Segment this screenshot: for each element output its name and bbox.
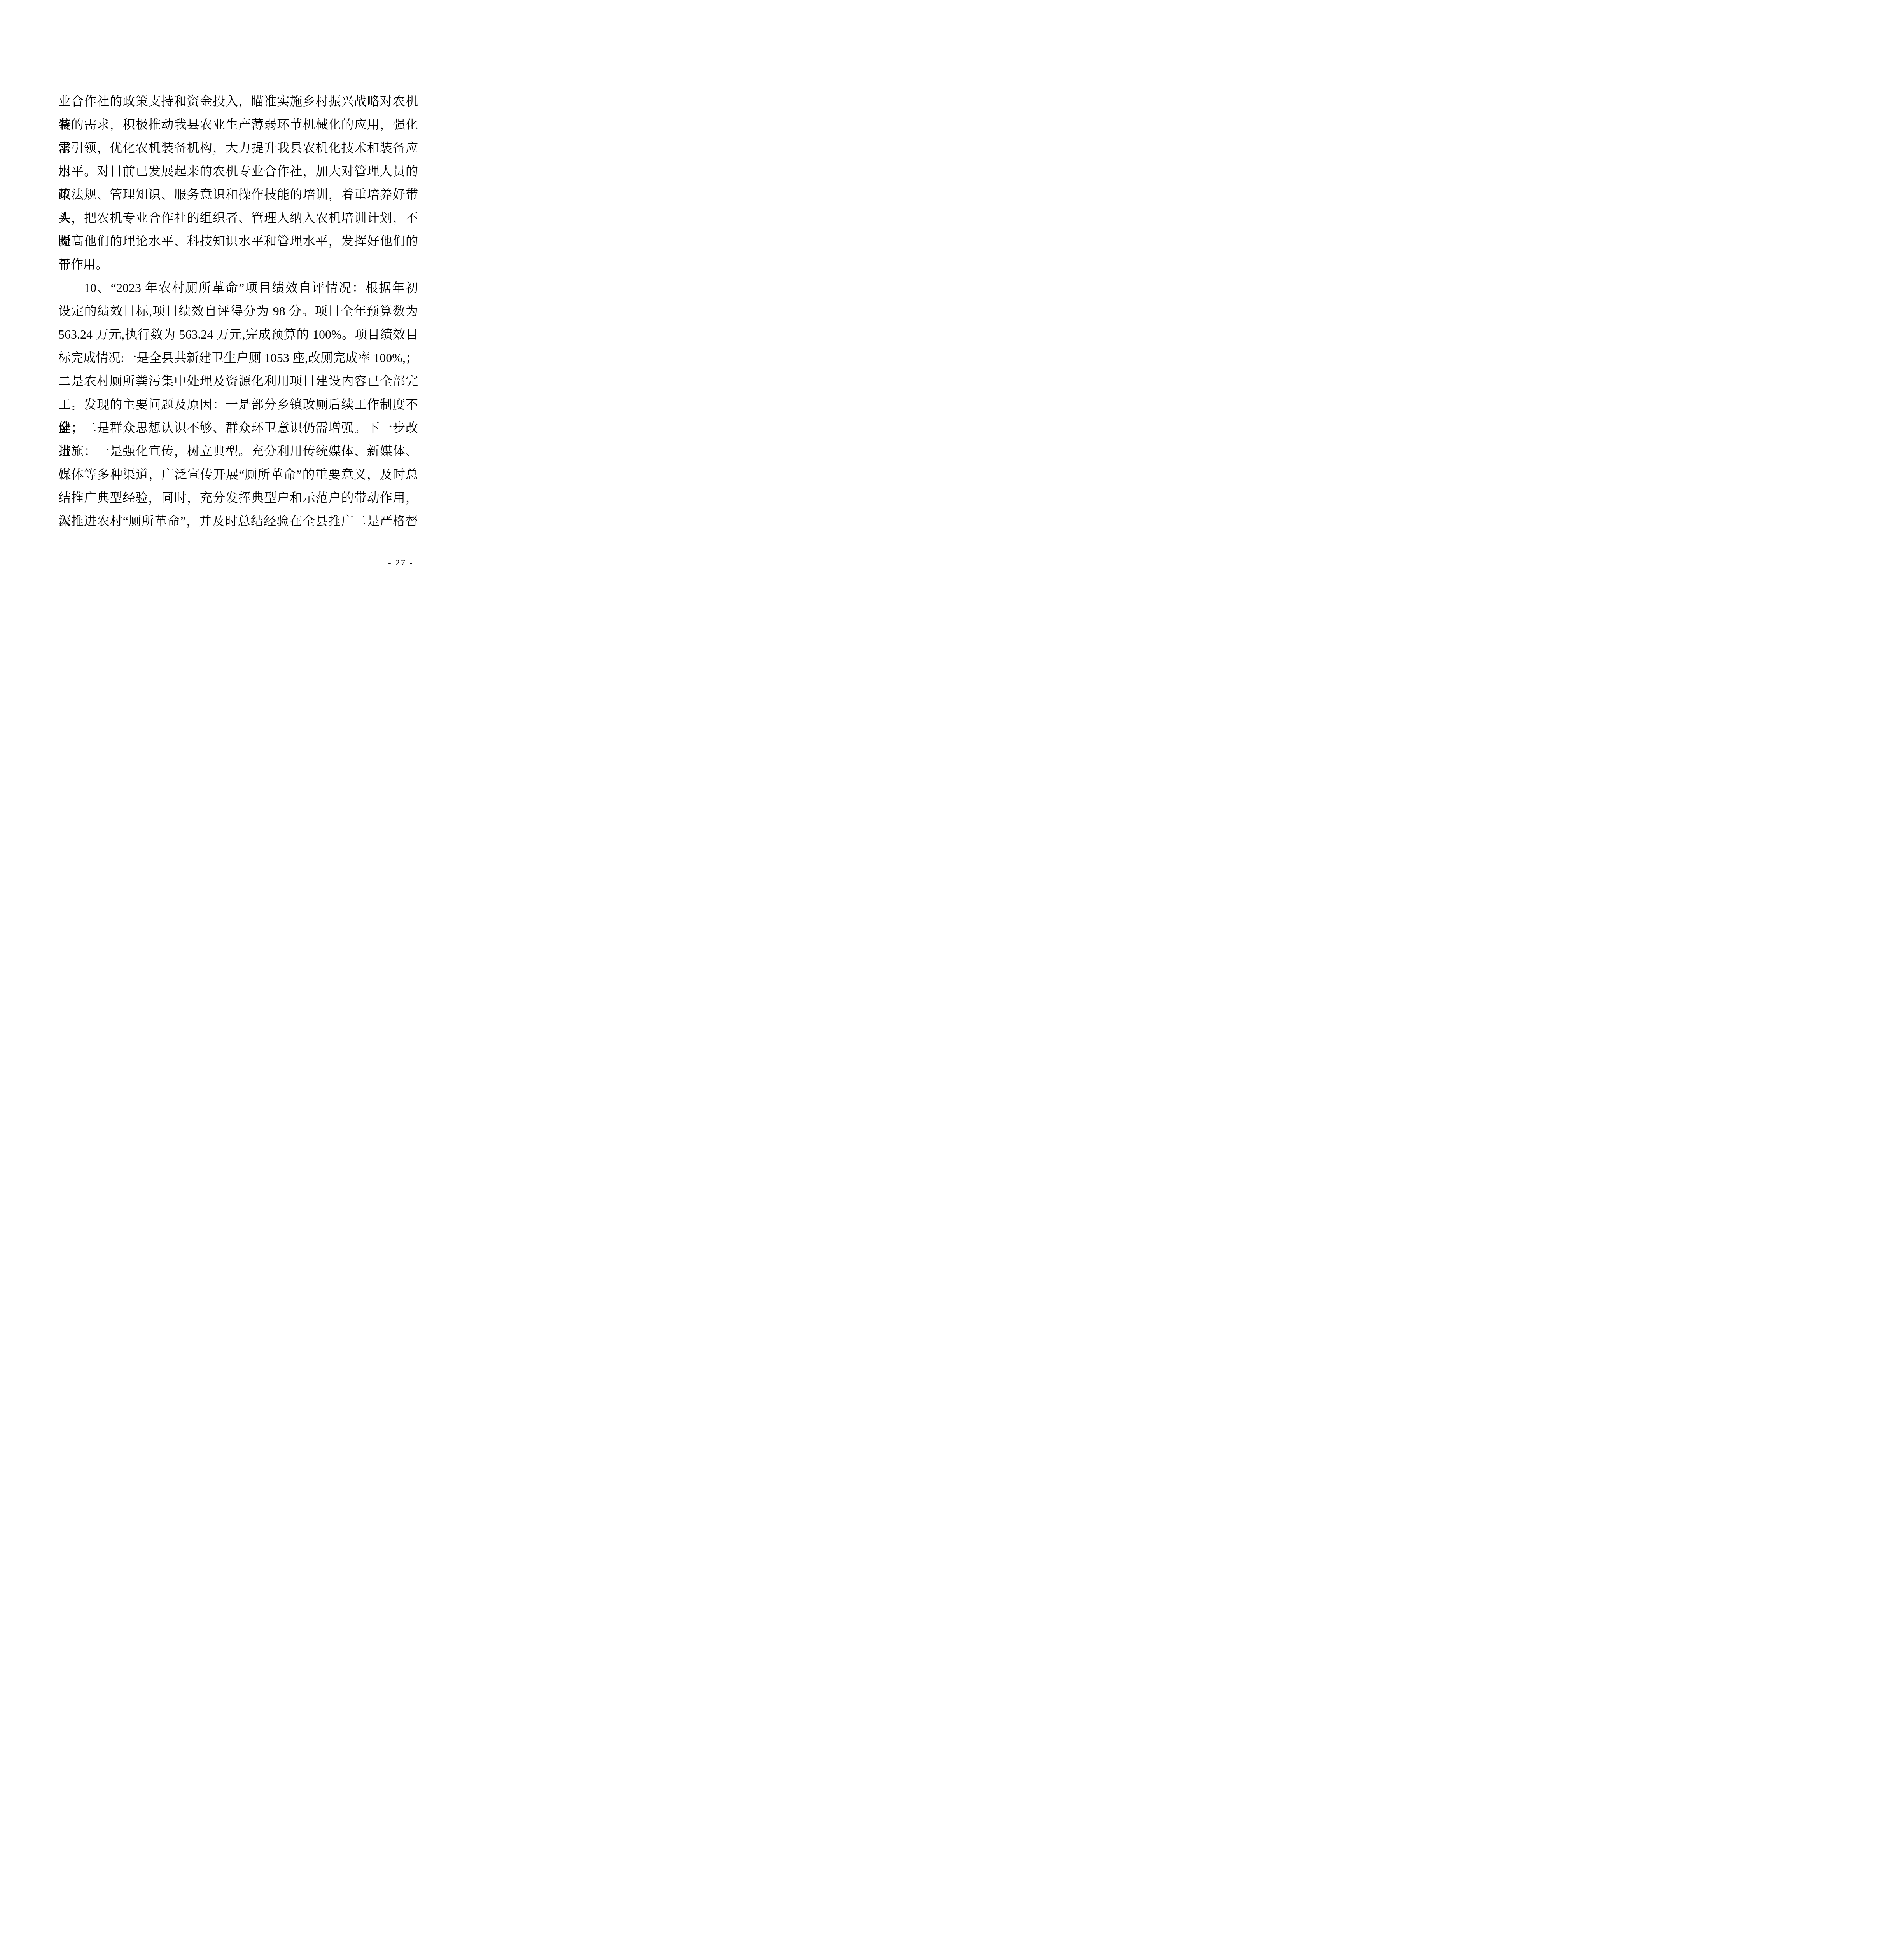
text-line: 水平。对目前已发展起来的农机专业合作社，加大对管理人员的政 bbox=[58, 159, 418, 183]
text-line: 二是农村厕所粪污集中处理及资源化利用项目建设内容已全部完 bbox=[58, 369, 418, 393]
text-line: 结推广典型经验，同时，充分发挥典型户和示范户的带动作用，深 bbox=[58, 486, 418, 509]
body-text: 业合作社的政策支持和资金投入，瞄准实施乡村振兴战略对农机装 备的需求，积极推动我… bbox=[58, 89, 418, 533]
text-line: 媒体等多种渠道，广泛宣传开展“厕所革命”的重要意义，及时总 bbox=[58, 463, 418, 486]
text-line: 10、“2023 年农村厕所革命”项目绩效自评情况：根据年初 bbox=[58, 276, 418, 299]
page-number: - 27 - bbox=[378, 557, 424, 568]
text-line: 干作用。 bbox=[58, 253, 418, 276]
text-line: 全；二是群众思想认识不够、群众环卫意识仍需增强。下一步改进 bbox=[58, 416, 418, 439]
text-line: 563.24 万元,执行数为 563.24 万元,完成预算的 100%。项目绩效… bbox=[58, 323, 418, 346]
text-line: 措施：一是强化宣传，树立典型。充分利用传统媒体、新媒体、自 bbox=[58, 439, 418, 463]
text-line: 策法规、管理知识、服务意识和操作技能的培训，着重培养好带头 bbox=[58, 183, 418, 206]
text-line: 备的需求，积极推动我县农业生产薄弱环节机械化的应用，强化需 bbox=[58, 113, 418, 136]
text-line: 提高他们的理论水平、科技知识水平和管理水平，发挥好他们的骨 bbox=[58, 229, 418, 253]
text-line: 工。发现的主要问题及原因：一是部分乡镇改厕后续工作制度不健 bbox=[58, 393, 418, 416]
text-line: 入推进农村“厕所革命”，并及时总结经验在全县推广二是严格督 bbox=[58, 509, 418, 533]
text-line: 人，把农机专业合作社的组织者、管理人纳入农机培训计划，不断 bbox=[58, 206, 418, 229]
text-line: 设定的绩效目标,项目绩效自评得分为 98 分。项目全年预算数为 bbox=[58, 299, 418, 323]
text-line: 标完成情况:一是全县共新建卫生户厕 1053 座,改厕完成率 100%,； bbox=[58, 346, 418, 369]
document-page: 业合作社的政策支持和资金投入，瞄准实施乡村振兴战略对农机装 备的需求，积极推动我… bbox=[0, 0, 476, 616]
text-line: 求引领，优化农机装备机构，大力提升我县农机化技术和装备应用 bbox=[58, 136, 418, 159]
text-line: 业合作社的政策支持和资金投入，瞄准实施乡村振兴战略对农机装 bbox=[58, 89, 418, 113]
